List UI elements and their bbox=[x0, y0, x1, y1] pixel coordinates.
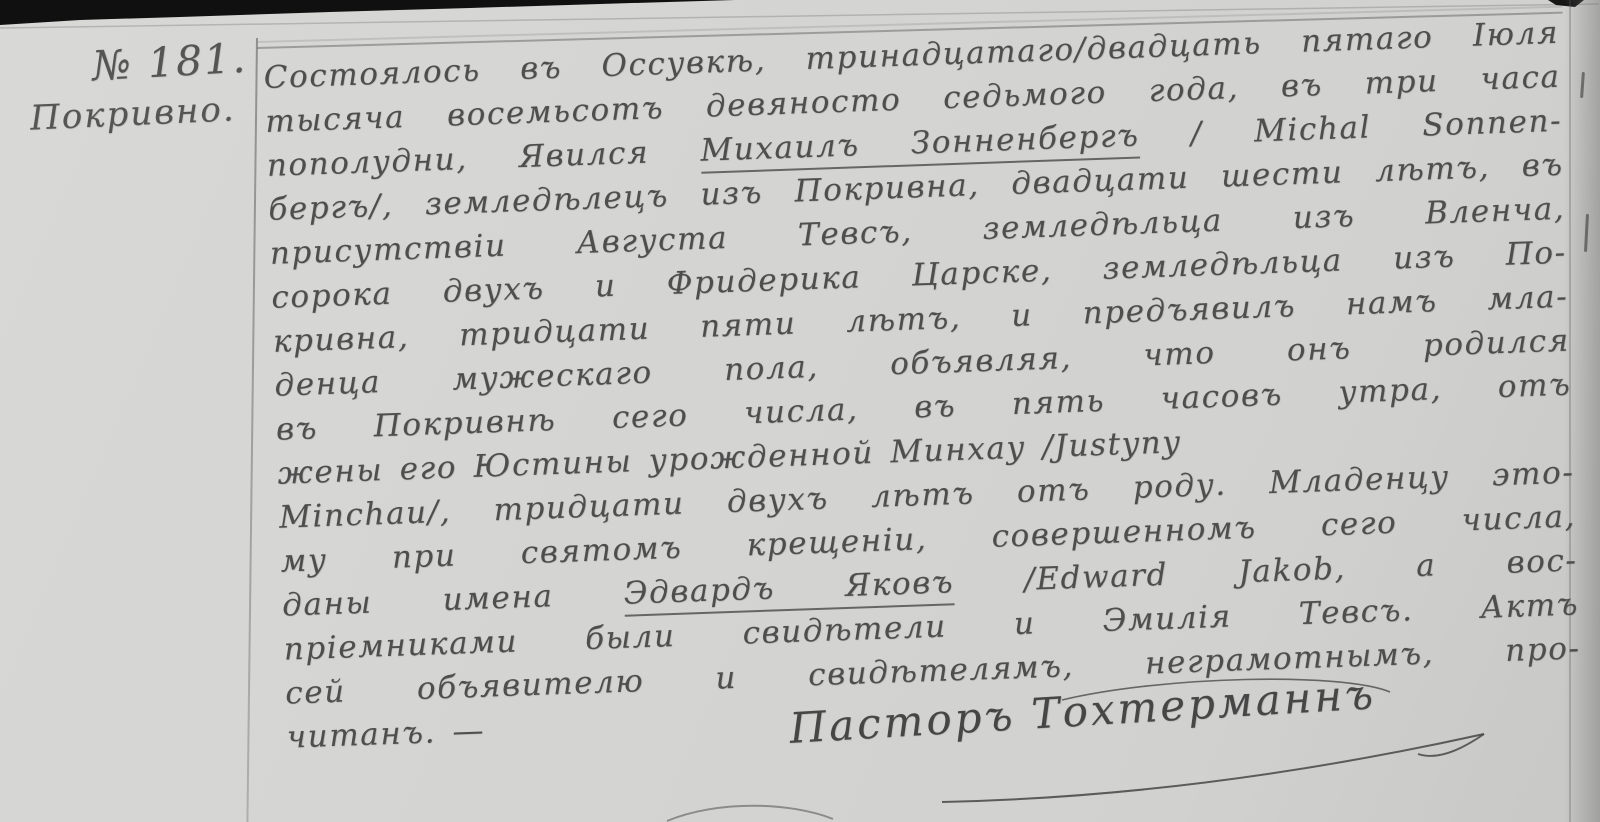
column-rule-vertical bbox=[246, 38, 257, 822]
line-text: даны имена bbox=[282, 576, 625, 624]
scanned-record-page: № 181. Покривно. Состоялось въ Оссувкѣ, … bbox=[0, 0, 1600, 822]
next-entry-stroke bbox=[655, 798, 845, 822]
record-number: № 181. bbox=[91, 34, 249, 91]
record-text: Состоялось въ Оссувкѣ, тринадцатаго/двад… bbox=[263, 11, 1583, 760]
line-text: читанъ. — bbox=[286, 713, 485, 756]
place-name: Покривно. bbox=[29, 89, 236, 138]
